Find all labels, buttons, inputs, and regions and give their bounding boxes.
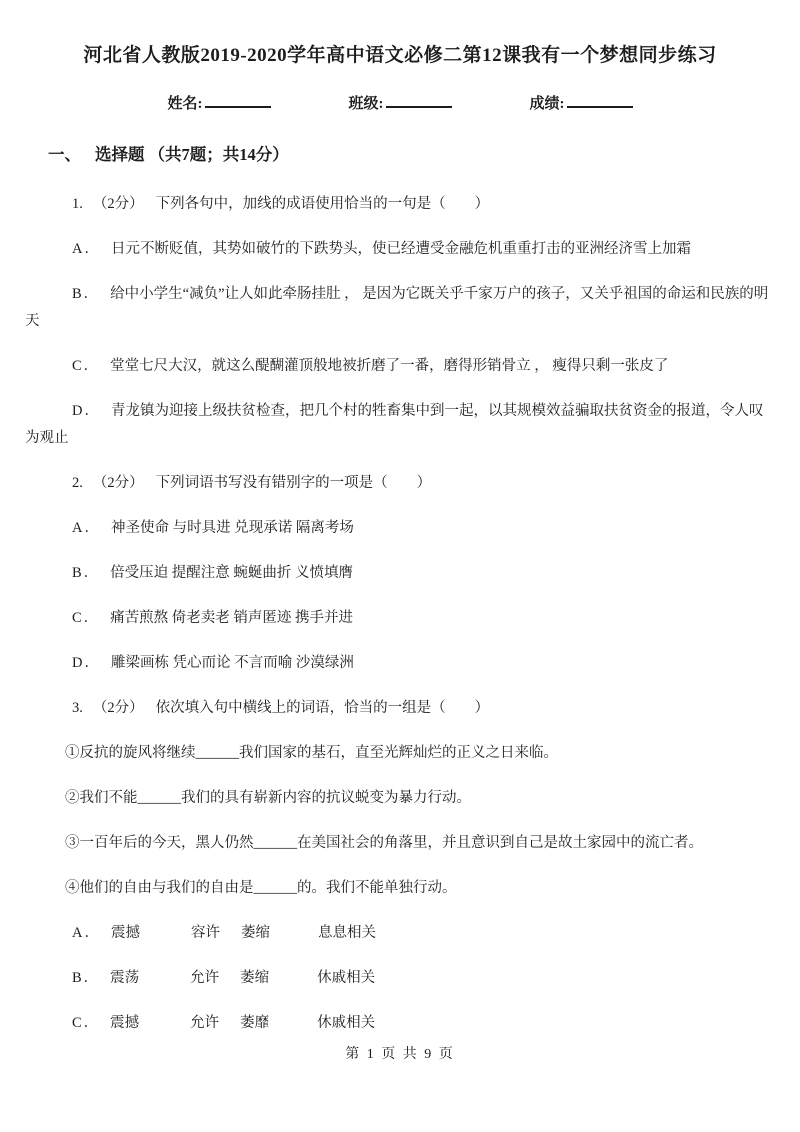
question-2-text: 下列词语书写没有错别字的一项是（ ）: [156, 475, 432, 491]
option-text: 日元不断贬值，其势如破竹的下跌势头，使已经遭受金融危机重重打击的亚洲经济雪上加霜: [111, 241, 691, 257]
option-word: 震荡: [110, 965, 190, 992]
class-blank-line: [386, 94, 452, 108]
option-label: A．: [72, 241, 101, 257]
option-label: C．: [72, 610, 100, 626]
option-label: C．: [72, 1015, 100, 1031]
option-label: C．: [72, 358, 100, 374]
header-fields-row: 姓名: 班级: 成绩:: [25, 92, 775, 113]
option-label: A．: [72, 925, 101, 941]
option-label: B．: [72, 970, 100, 986]
score-field: 成绩:: [530, 92, 633, 113]
option-text: 雕梁画栋 凭心而论 不言而喻 沙漠绿洲: [111, 655, 354, 671]
option-text: 给中小学生“减负”让人如此牵肠挂肚 ， 是因为它既关乎千家万户的孩子，又关乎祖国…: [25, 286, 768, 329]
page-footer: 第 1 页 共 9 页: [0, 1043, 800, 1063]
class-field: 班级:: [349, 92, 452, 113]
score-label: 成绩:: [530, 96, 565, 112]
option-word: 容许: [191, 920, 241, 947]
question-3-subitem-4: ④他们的自由与我们的自由是______的。我们不能单独行动。: [25, 875, 775, 902]
question-2-option-a: A．神圣使命 与时具进 兑现承诺 隔离考场: [25, 515, 775, 542]
option-word: 震撼: [111, 920, 191, 947]
option-text: 青龙镇为迎接上级扶贫检查，把几个村的牲畜集中到一起，以其规模效益骗取扶贫资金的报…: [25, 403, 763, 446]
question-1-option-c: C．堂堂七尺大汉，就这么醍醐灌顶般地被折磨了一番，磨得形销骨立 ， 瘦得只剩一张…: [25, 353, 775, 380]
question-2-option-c: C．痛苦煎熬 倚老卖老 销声匿迹 携手并进: [25, 605, 775, 632]
question-2-stem: 2.（2分）下列词语书写没有错别字的一项是（ ）: [25, 470, 775, 497]
question-1-number: 1.: [72, 196, 83, 212]
question-3-stem: 3.（2分）依次填入句中横线上的词语，恰当的一组是（ ）: [25, 695, 775, 722]
option-text: 堂堂七尺大汉，就这么醍醐灌顶般地被折磨了一番，磨得形销骨立 ， 瘦得只剩一张皮了: [110, 358, 668, 374]
question-3-number: 3.: [72, 700, 83, 716]
section-meta: （共7题；共14分）: [149, 145, 289, 164]
option-word: 休戚相关: [317, 965, 375, 992]
name-label: 姓名:: [168, 96, 203, 112]
question-1-text: 下列各句中，加线的成语使用恰当的一句是（ ）: [156, 196, 490, 212]
option-word: 萎缩: [241, 920, 318, 947]
question-1-stem: 1.（2分）下列各句中，加线的成语使用恰当的一句是（ ）: [25, 191, 775, 218]
option-label: B．: [72, 286, 100, 302]
question-3-option-b: B．震荡允许萎缩休戚相关: [25, 965, 775, 992]
name-field: 姓名:: [168, 92, 271, 113]
question-2-number: 2.: [72, 475, 83, 491]
question-2-score: （2分）: [93, 475, 144, 491]
question-3-text: 依次填入句中横线上的词语，恰当的一组是（ ）: [156, 700, 490, 716]
option-label: A．: [72, 520, 101, 536]
option-label: D．: [72, 655, 101, 671]
option-word: 萎缩: [240, 965, 317, 992]
option-label: B．: [72, 565, 100, 581]
section-heading: 一、选择题（共7题；共14分）: [25, 143, 775, 167]
section-number: 一、: [48, 145, 81, 164]
document-page: 河北省人教版2019-2020学年高中语文必修二第12课我有一个梦想同步练习 姓…: [0, 0, 800, 1132]
option-label: D．: [72, 403, 101, 419]
question-3-subitem-3: ③一百年后的今天，黑人仍然______在美国社会的角落里，并且意识到自己是故土家…: [25, 830, 775, 857]
option-text: 痛苦煎熬 倚老卖老 销声匿迹 携手并进: [110, 610, 353, 626]
question-3-subitem-2: ②我们不能______我们的具有崭新内容的抗议蜕变为暴力行动。: [25, 785, 775, 812]
question-3-option-c: C．震撼允许萎靡休戚相关: [25, 1010, 775, 1037]
option-word: 息息相关: [318, 920, 376, 947]
option-word: 允许: [190, 1010, 240, 1037]
option-word: 允许: [190, 965, 240, 992]
option-word: 震撼: [110, 1010, 190, 1037]
question-3-score: （2分）: [93, 700, 144, 716]
question-3-option-a: A．震撼容许萎缩息息相关: [25, 920, 775, 947]
option-text: 倍受压迫 提醒注意 蜿蜒曲折 义愤填膺: [110, 565, 353, 581]
question-1-option-d: D．青龙镇为迎接上级扶贫检查，把几个村的牲畜集中到一起，以其规模效益骗取扶贫资金…: [25, 398, 775, 452]
question-1-score: （2分）: [93, 196, 144, 212]
question-2-option-d: D．雕梁画栋 凭心而论 不言而喻 沙漠绿洲: [25, 650, 775, 677]
question-2-option-b: B．倍受压迫 提醒注意 蜿蜒曲折 义愤填膺: [25, 560, 775, 587]
question-3-subitem-1: ①反抗的旋风将继续______我们国家的基石，直至光辉灿烂的正义之日来临。: [25, 740, 775, 767]
class-label: 班级:: [349, 96, 384, 112]
question-1-option-b: B．给中小学生“减负”让人如此牵肠挂肚 ， 是因为它既关乎千家万户的孩子，又关乎…: [25, 281, 775, 335]
score-blank-line: [567, 94, 633, 108]
section-title: 选择题: [95, 145, 145, 164]
name-blank-line: [205, 94, 271, 108]
option-word: 萎靡: [240, 1010, 317, 1037]
option-word: 休戚相关: [317, 1010, 375, 1037]
option-text: 神圣使命 与时具进 兑现承诺 隔离考场: [111, 520, 354, 536]
page-title: 河北省人教版2019-2020学年高中语文必修二第12课我有一个梦想同步练习: [25, 42, 775, 70]
question-1-option-a: A．日元不断贬值，其势如破竹的下跌势头，使已经遭受金融危机重重打击的亚洲经济雪上…: [25, 236, 775, 263]
